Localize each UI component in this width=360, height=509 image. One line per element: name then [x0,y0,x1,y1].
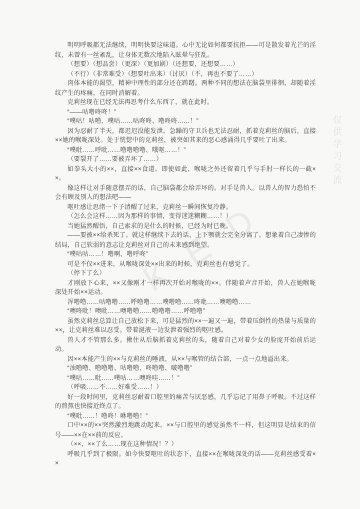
paragraph: “噗咕！咕噜、噗咕……咕咚咚、噜咚咚……！” [55,117,316,127]
paragraph: “噗吡……！噜咚！咻噜噜！” [55,412,316,422]
document-page: KED 仅供学习交流 明明呼吸都无法继续，明明快要这味道。心中无论如何都要抗拒—… [0,0,360,509]
paragraph: （要裂开了……要被弄坏了……） [55,155,316,165]
paragraph: 好一段时间里，克莉丝忍耐着口腔里的痛苦与厌恶感，几乎忘记了用鼻子呼吸。不过这样的… [55,393,316,412]
paragraph: “噗咕……吡……噗咕……噢咚哇……！” [55,374,316,384]
paragraph: “噗吡……呼吡……噜噜噜噜、哦呕……！” [55,146,316,156]
paragraph: 浑噜噜……咕噜噜……呼噜噜……噗噜噜……咚吡……噢噜噜…… [55,298,316,308]
paragraph: 如拳头大小的××，直接××食道。即使如此，喉咙之外还留着几乎与手肘一样长的一截×… [55,165,316,184]
paragraph: （不行）（非常难受）（想要吐出来）（讨厌）（不，再也不要了……） [55,70,316,80]
paragraph: （停下了么） [55,269,316,279]
paragraph: 当她猛然醒悟，自己索求的是什么的时候，已经为时已晚。 [55,222,316,232]
vertical-watermark: 仅供学习交流 [331,115,344,187]
paragraph: （怎么会这样……因为那样的事情，变得迷迷糊糊……！） [55,212,316,222]
paragraph: （××、××了么……现在这种情况！？） [55,440,316,450]
paragraph: 虽然克莉丝总算让自己放松下来，可是猛烈的××一遍又一遍，带着压倒性的热量与质量的… [55,317,316,336]
paragraph: ——要被××给杀死了。就这样继续下去的话，上下颚就会完全分离了。想象着自己凄惨的… [55,231,316,250]
paragraph: 口中××的××突然激烈地跳动起来。××与口腔里的感觉虽然不一样，但这明显是结束的… [55,421,316,440]
paragraph: “噗咕咕……！噜啊、噜呼咚” [55,250,316,260]
paragraph: “——咕噜咚咚！” [55,108,316,118]
novel-text-block: 明明呼吸都无法继续，明明快要这味道。心中无论如何都要抗拒——可是散发着光芒的淫纹… [55,41,316,469]
paragraph: 肉体本能的渴望，精神中理性的部分还在踌躇。两种不同的想法在脑袋里徘徊，却随着淫纹… [55,79,316,98]
paragraph: 克莉丝现在已经无法再思考什么东西了，就在此时。 [55,98,316,108]
paragraph: （呼吸……不……好难受……！） [55,383,316,393]
paragraph: “浊噜噜、噜噜噜、咕噜噜、咚噜噜、啵噜噜” [55,364,316,374]
paragraph: （想要）（想品尝）（更深）（更加剧）（还想要，还想要……） [55,60,316,70]
paragraph: 才刚放下心来，××又像刚才一样再次开始对喉咙的××。伴随着声音开始，兽人在她喉咙… [55,279,316,298]
paragraph: 呼吸几乎到了极限。如今快要呕吐的状态下，直接××在喉咙深处的话——克莉丝感受着×… [55,450,316,469]
paragraph: 可是不仅××进来，从喉咙深处××出来的时候，克莉丝也有感觉了。 [55,260,316,270]
paragraph: 因为忍耐了半天，都迟迟没能发泄。急躁的守卫兵也无法忍耐，抓着克莉丝的脑后，直接×… [55,127,316,146]
paragraph: 明明呼吸都无法继续，明明快要这味道。心中无论如何都要抗拒——可是散发着光芒的淫纹… [55,41,316,60]
paragraph: 像这样让对手随意摆弄的话，自己脑袋都会给弄坏的。对手是兽人。以兽人的智力恐怕不会… [55,184,316,203]
paragraph: 因××本能产生的××与克莉丝的唾液，从××与喉管的结合部，一点一点地溢出来。 [55,355,316,365]
paragraph: 呕吐感让思绪一下子清醒了过来，克莉丝一瞬间恢复冷静。 [55,203,316,213]
paragraph: 兽人才不管那么多。揪住从后脑抓着克莉丝的头，随着自己对着少女的脸庞开始前后运动。 [55,336,316,355]
paragraph: “噢咚吡！噢吡……噢噜噜……噜噜噜……呼噜噜” [55,307,316,317]
